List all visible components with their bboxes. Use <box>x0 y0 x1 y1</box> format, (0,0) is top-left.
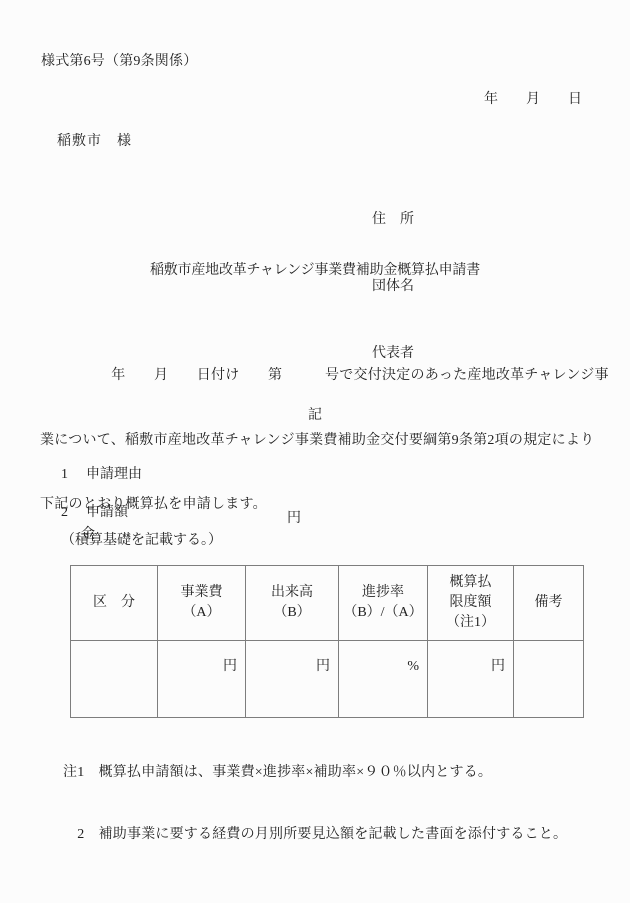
section-1-number: 1 <box>61 467 86 483</box>
document-page: 様式第6号（第9条関係） 年 月 日 稲敷市 様 住 所 団体名 代表者 稲敷市… <box>0 0 630 903</box>
cell-work-completed-unit: 円 <box>246 641 339 718</box>
addressee: 稲敷市 様 <box>57 130 132 150</box>
col-header-remarks: 備考 <box>514 566 584 641</box>
applicant-organization-label: 団体名 <box>372 276 414 298</box>
footnotes-block: 注1 概算払申請額は、事業費×進捗率×補助率×９０％以内とする。 2 補助事業に… <box>63 722 567 886</box>
cell-category <box>71 641 158 718</box>
document-title: 稲敷市産地改革チャレンジ事業費補助金概算払申請書 <box>0 259 630 279</box>
table-entry-row: 円 円 % 円 <box>71 641 584 718</box>
table-header-row: 区 分 事業費 （A） 出来高 （B） 進捗率 （B）/（A） 概算払 限度額 … <box>71 566 584 641</box>
paragraph-line-1: 年 月 日付け 第 号で交付決定のあった産地改革チャレンジ事 <box>40 365 592 387</box>
col-header-work-completed: 出来高 （B） <box>246 566 339 641</box>
cell-remarks <box>514 641 584 718</box>
date-line: 年 月 日 <box>484 88 582 108</box>
cell-progress-rate-unit: % <box>339 641 428 718</box>
cell-estimate-limit-unit: 円 <box>428 641 514 718</box>
applicant-address-label: 住 所 <box>372 209 414 231</box>
col-header-category: 区 分 <box>71 566 158 641</box>
form-number: 様式第6号（第9条関係） <box>41 50 197 70</box>
record-marker: 記 <box>0 404 630 424</box>
col-header-progress-rate: 進捗率 （B）/（A） <box>339 566 428 641</box>
estimate-payment-table: 区 分 事業費 （A） 出来高 （B） 進捗率 （B）/（A） 概算払 限度額 … <box>70 565 584 718</box>
col-header-project-cost: 事業費 （A） <box>158 566 246 641</box>
footnote-2: 2 補助事業に要する経費の月別所要見込額を記載した書面を添付すること。 <box>63 825 567 846</box>
amount-currency-suffix: 円 <box>287 507 301 527</box>
footnote-1: 注1 概算払申請額は、事業費×進捗率×補助率×９０％以内とする。 <box>63 763 567 784</box>
amount-basis-note: （積算基礎を記載する。） <box>61 529 222 549</box>
cell-project-cost-unit: 円 <box>158 641 246 718</box>
col-header-estimate-limit: 概算払 限度額 （注1） <box>428 566 514 641</box>
section-1-label: 申請理由 <box>86 467 142 482</box>
